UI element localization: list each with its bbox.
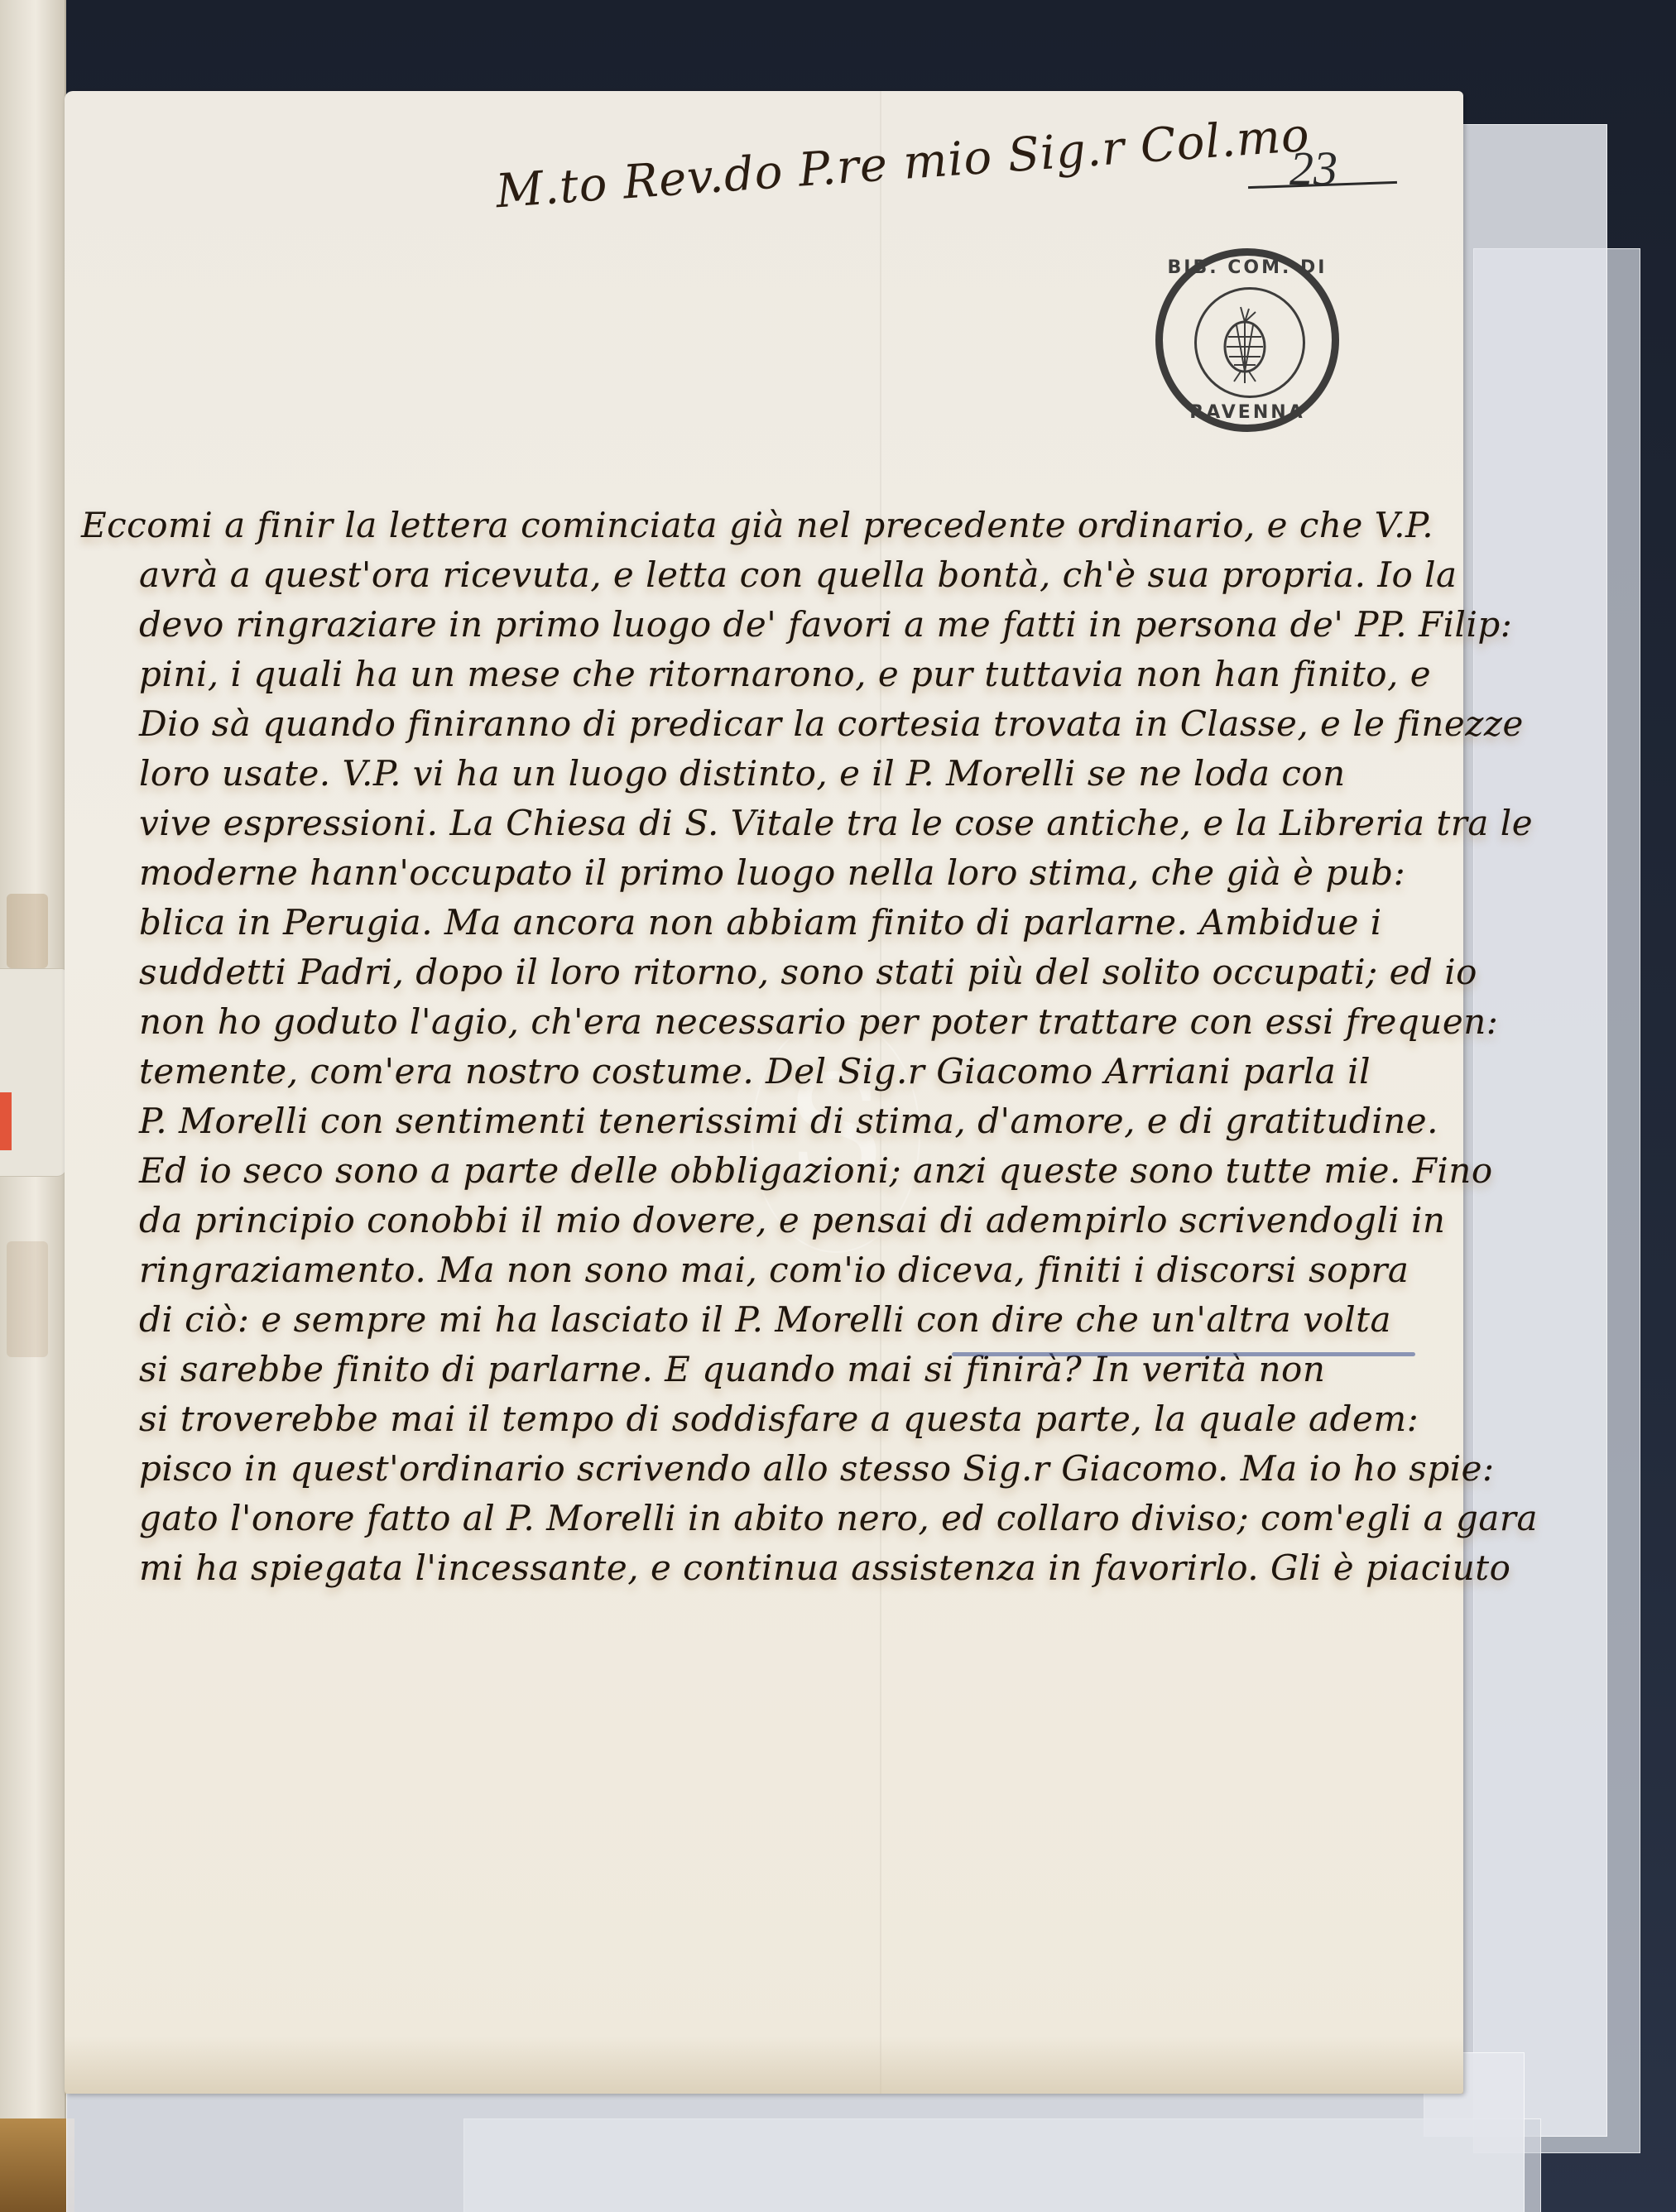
letter-sheet: M.to Rev.do P.re mio Sig.r Col.mo 23 BIB… bbox=[65, 91, 1463, 2094]
pine-cone-icon bbox=[1216, 304, 1274, 383]
ink-stain bbox=[7, 894, 48, 968]
stamp-top-text: BIB. COM. DI bbox=[1163, 257, 1332, 278]
text-line: devo ringraziare in primo luogo de' favo… bbox=[81, 600, 1447, 650]
text-line: vive espressioni. La Chiesa di S. Vitale… bbox=[81, 799, 1447, 848]
salutation: M.to Rev.do P.re mio Sig.r Col.mo bbox=[494, 108, 1312, 219]
text-line: non ho goduto l'agio, ch'era necessario … bbox=[81, 997, 1447, 1047]
red-marker-tag bbox=[0, 1092, 12, 1150]
text-line: da principio conobbi il mio dovere, e pe… bbox=[81, 1196, 1447, 1245]
text-line: pisco in quest'ordinario scrivendo allo … bbox=[81, 1444, 1447, 1494]
paper-edge-wear bbox=[65, 2036, 1463, 2094]
letter-body: Eccomi a finir la lettera cominciata già… bbox=[81, 501, 1447, 1593]
text-line: suddetti Padri, dopo il loro ritorno, so… bbox=[81, 948, 1447, 997]
text-line: mi ha spiegata l'incessante, e continua … bbox=[81, 1543, 1447, 1593]
text-line: Ed io seco sono a parte delle obbligazio… bbox=[81, 1146, 1447, 1196]
library-stamp: BIB. COM. DI RAVENNA bbox=[1155, 248, 1339, 432]
text-line: loro usate. V.P. vi ha un luogo distinto… bbox=[81, 749, 1447, 799]
text-line: P. Morelli con sentimenti tenerissimi di… bbox=[81, 1096, 1447, 1146]
text-line: avrà a quest'ora ricevuta, e letta con q… bbox=[81, 550, 1447, 600]
text-line: si troverebbe mai il tempo di soddisfare… bbox=[81, 1394, 1447, 1444]
blue-pencil-underline bbox=[952, 1352, 1415, 1356]
text-line: gato l'onore fatto al P. Morelli in abit… bbox=[81, 1494, 1447, 1543]
text-line: moderne hann'occupato il primo luogo nel… bbox=[81, 848, 1447, 898]
binding-edge bbox=[0, 2118, 74, 2212]
ink-stain bbox=[7, 1241, 48, 1357]
text-line: ringraziamento. Ma non sono mai, com'io … bbox=[81, 1245, 1447, 1295]
text-line: Eccomi a finir la lettera cominciata già… bbox=[81, 501, 1447, 550]
text-line: temente, com'era nostro costume. Del Sig… bbox=[81, 1047, 1447, 1096]
folio-number: 23 bbox=[1289, 141, 1337, 196]
text-line: pini, i quali ha un mese che ritornarono… bbox=[81, 650, 1447, 699]
text-line: Dio sà quando finiranno di predicar la c… bbox=[81, 699, 1447, 749]
text-line: blica in Perugia. Ma ancora non abbiam f… bbox=[81, 898, 1447, 948]
text-line: di ciò: e sempre mi ha lasciato il P. Mo… bbox=[81, 1295, 1447, 1345]
stamp-bottom-text: RAVENNA bbox=[1163, 402, 1332, 423]
